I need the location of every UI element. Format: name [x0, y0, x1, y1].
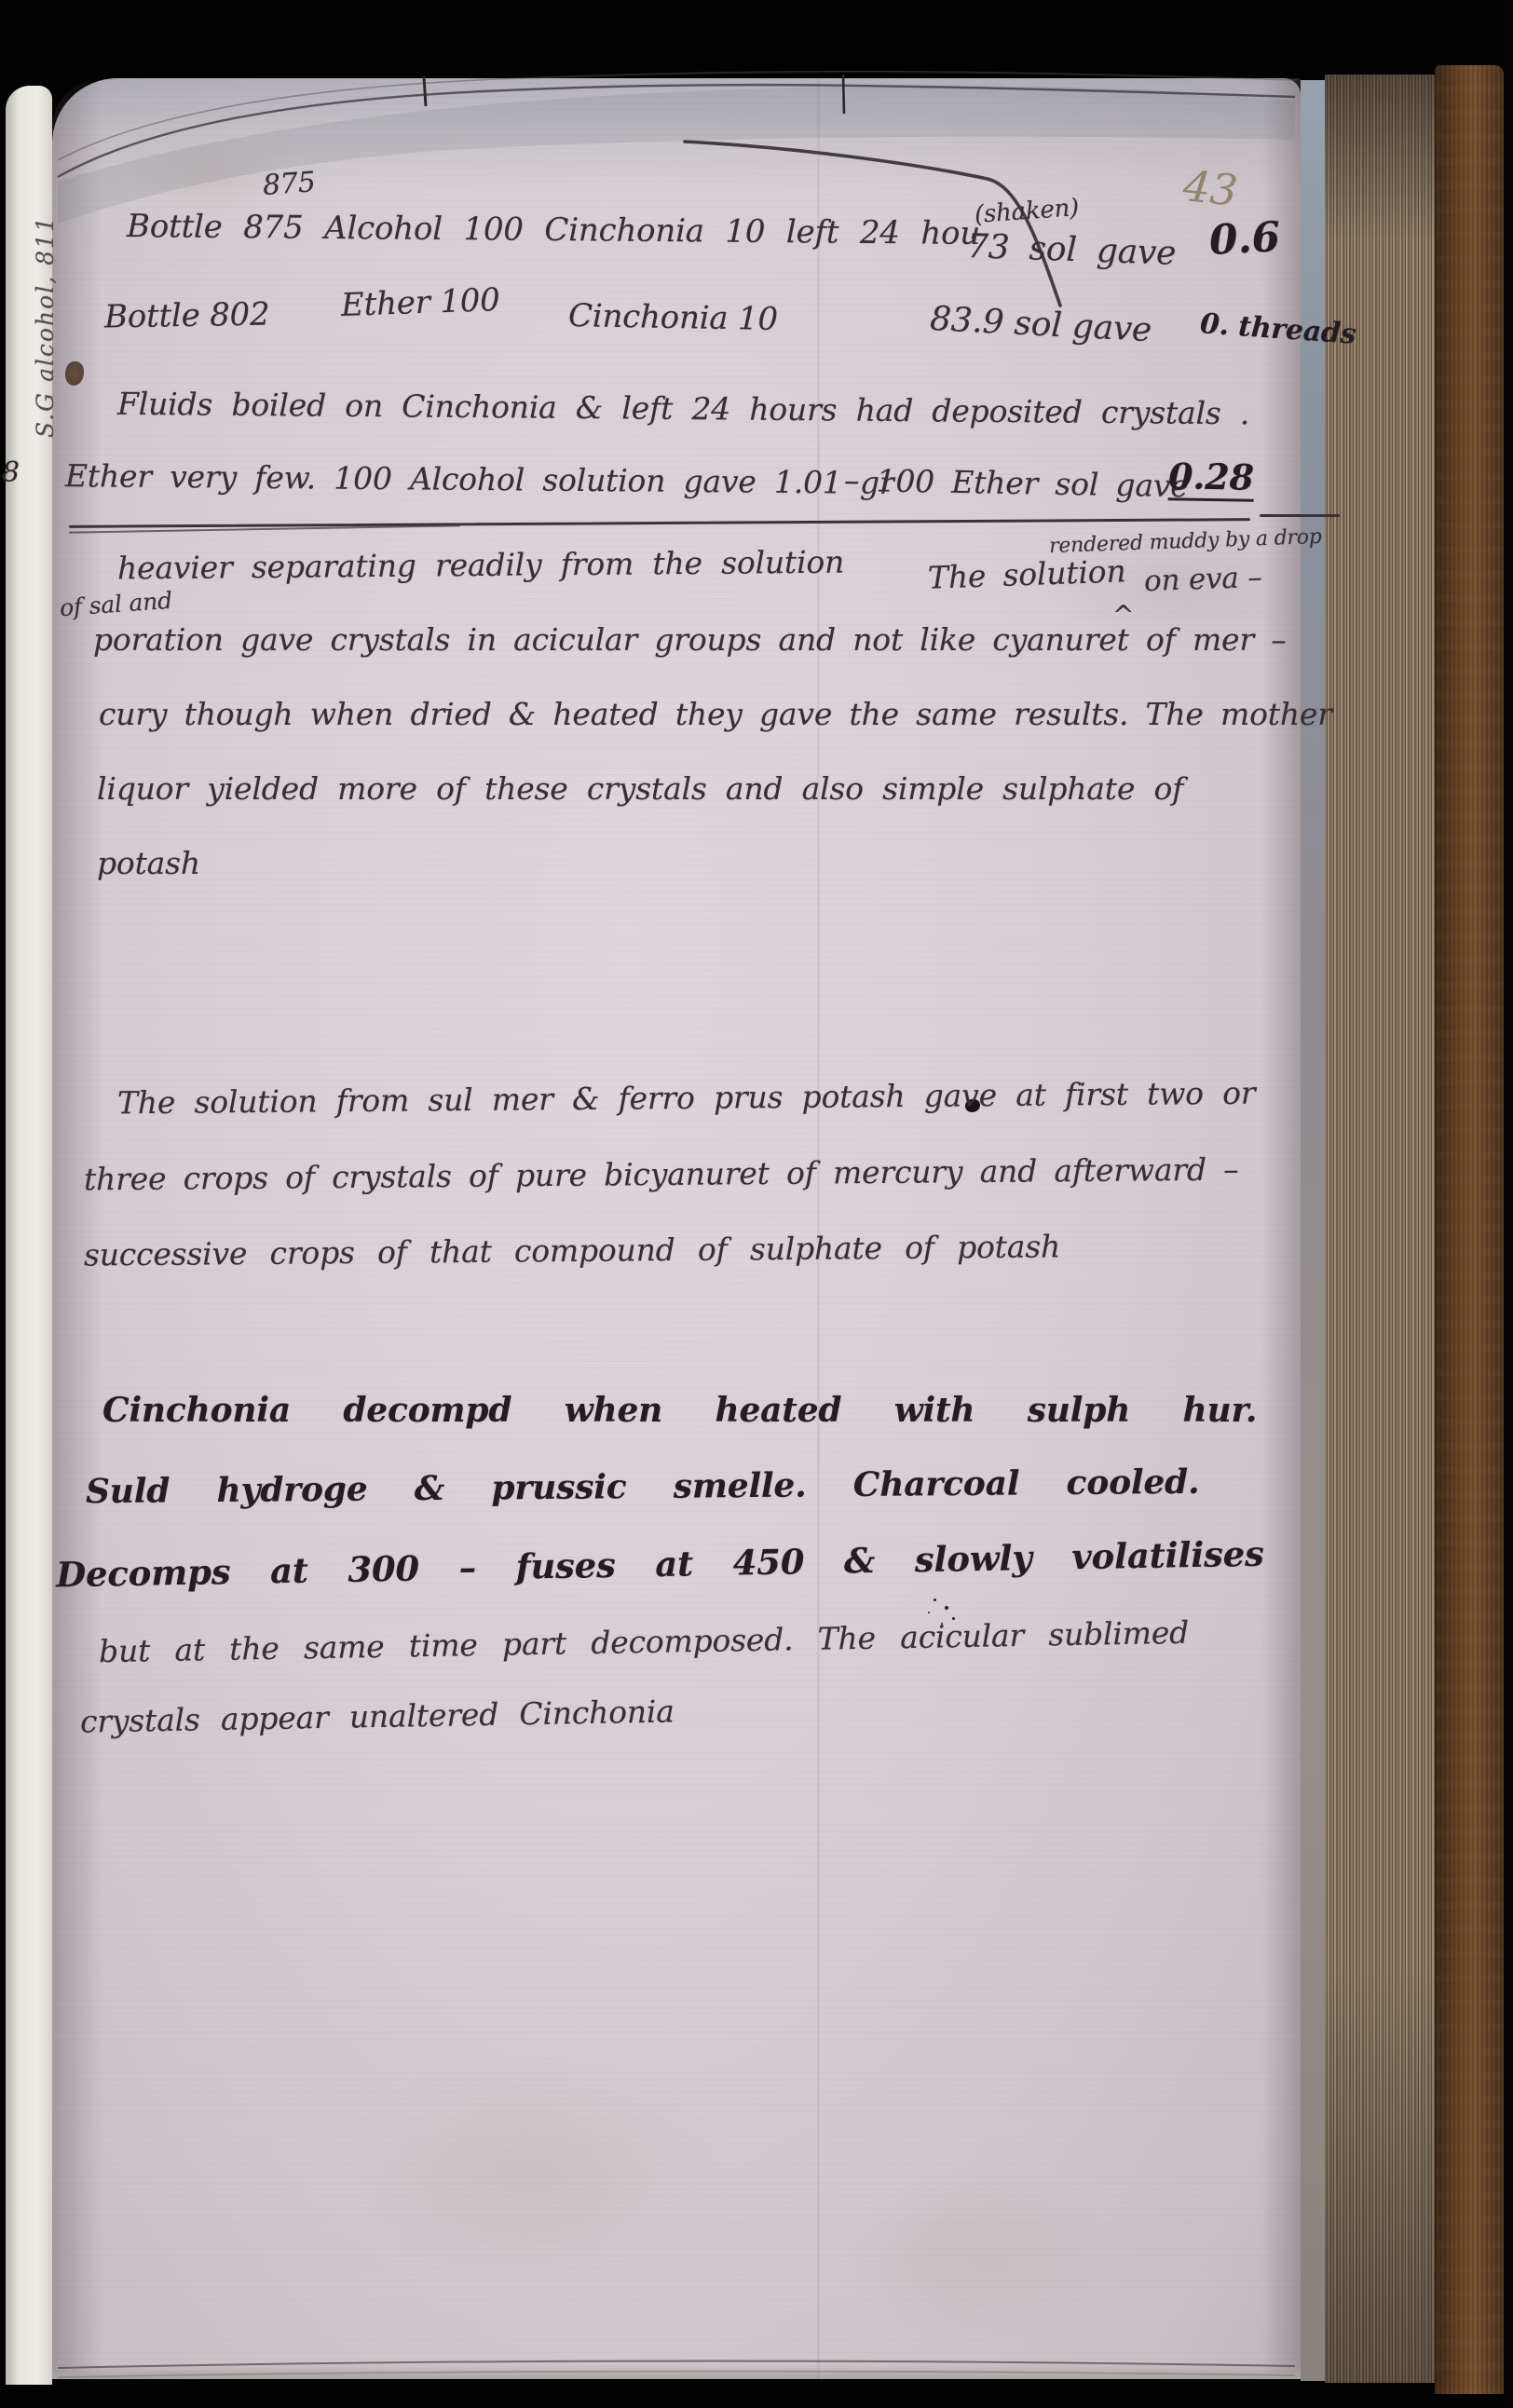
manuscript-line: 0. threads	[1199, 309, 1356, 349]
manuscript-line: Cinchonia decompd when heated with sulph…	[102, 1394, 1257, 1429]
manuscript-line: but at the same time part decomposed. Th…	[99, 1617, 1190, 1668]
manuscript-line: heavier separating readily from the solu…	[117, 547, 844, 585]
manuscript-line: 73 sol gave	[966, 229, 1176, 272]
manuscript-line: Cinchonia 10	[568, 300, 779, 337]
manuscript-line: 875	[262, 168, 317, 200]
manuscript-line: of sal and	[59, 589, 172, 621]
manuscript-line: 0.28	[1168, 457, 1255, 501]
manuscript-line: rendered muddy by a drop	[1049, 526, 1322, 557]
manuscript-line: successive crops of that compound of sul…	[84, 1231, 1060, 1272]
manuscript-line: poration gave crystals in acicular group…	[93, 624, 1287, 657]
manuscript-line: 0.6	[1208, 216, 1281, 263]
manuscript-line: The solution	[927, 555, 1126, 594]
manuscript-line: three crops of crystals of pure bicyanur…	[84, 1154, 1239, 1196]
manuscript-line: Bottle 875 Alcohol 100 Cinchonia 10 left…	[127, 211, 980, 252]
manuscript-line: Decomps at 300 – fuses at 450 & slowly v…	[56, 1536, 1264, 1593]
manuscript-line: cury though when dried & heated they gav…	[99, 699, 1332, 731]
manuscript-line: S.G alcohol, 811	[34, 215, 58, 438]
manuscript-line: – 100 Ether sol gave	[844, 465, 1189, 503]
manuscript-line: Ether very few. 100 Alcohol solution gav…	[65, 460, 894, 499]
manuscript-line: Suld hydroge & prussic smelle. Charcoal …	[86, 1465, 1200, 1510]
manuscript-line: Fluids boiled on Cinchonia & left 24 hou…	[117, 388, 1249, 430]
manuscript-line: 43	[1181, 163, 1240, 213]
manuscript-line: (shaken)	[974, 196, 1080, 228]
manuscript-line: potash	[97, 848, 200, 880]
manuscript-line: liquor yielded more of these crystals an…	[97, 773, 1183, 806]
manuscript-line: 83.9 sol gave	[929, 302, 1152, 348]
photograph-background: 875Bottle 875 Alcohol 100 Cinchonia 10 l…	[0, 0, 1513, 2408]
manuscript-line: Bottle 802	[104, 298, 270, 334]
manuscript-line: 8	[2, 458, 20, 488]
manuscript-line: Ether 100	[340, 284, 500, 323]
manuscript-line: The solution from sul mer & ferro prus p…	[117, 1078, 1256, 1120]
manuscript-line: on eva –	[1143, 563, 1262, 597]
manuscript-line: crystals appear unaltered Cinchonia	[80, 1695, 675, 1738]
text-layer: 875Bottle 875 Alcohol 100 Cinchonia 10 l…	[0, 0, 1513, 2408]
